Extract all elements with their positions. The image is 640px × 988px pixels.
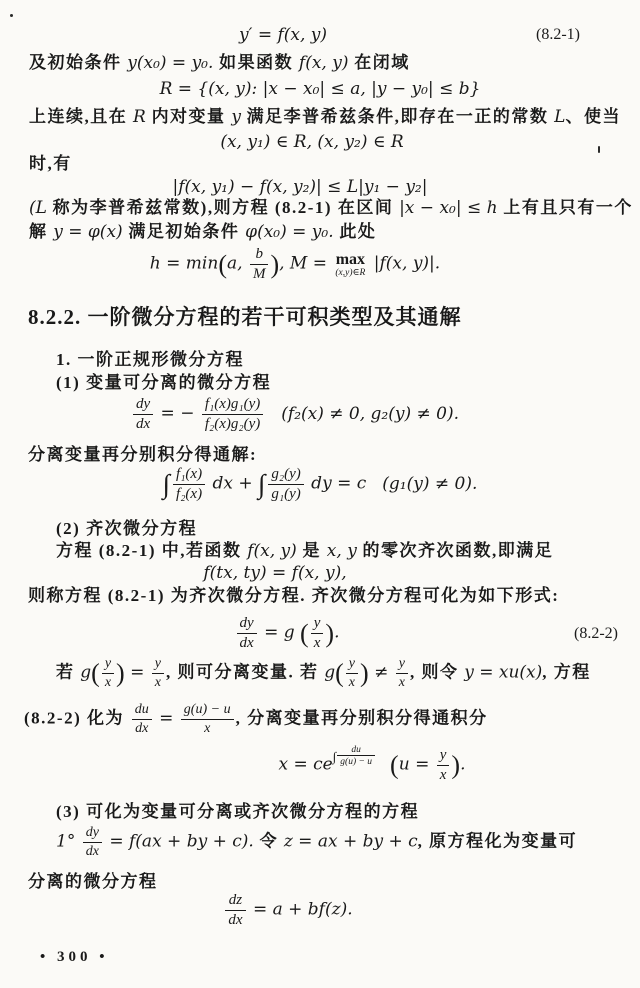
- para-lipschitz-constant: (L 称为李普希兹常数),则方程 (8.2-1) 在区间 |x − x₀| ≤ …: [29, 197, 633, 219]
- integral-sign: ∫: [163, 469, 170, 499]
- math-run: y = xu(x): [464, 663, 542, 683]
- para-homogeneous-definition: 则称方程 (8.2-1) 为齐次微分方程. 齐次微分方程可化为如下形式:: [28, 585, 559, 607]
- item-1-separable: (1) 变量可分离的微分方程: [56, 372, 271, 394]
- equation-homogeneity: f(tx, ty) = f(x, y),: [0, 562, 640, 584]
- fraction-numerator: dy: [83, 825, 102, 843]
- para-case-1-continued: 分离的微分方程: [28, 871, 158, 893]
- equation-8-2-1-tag: (8.2-1): [536, 24, 580, 46]
- text-run: 方程 (8.2-1) 中,若函数: [56, 541, 247, 560]
- section-heading-text: 8.2.2. 一阶微分方程的若干可积类型及其通解: [28, 305, 462, 329]
- math-run: , M =: [279, 254, 332, 274]
- equation-h-min-body: h = min(a, bM), M = max(x,y)∈R |f(x, y)|…: [150, 246, 440, 284]
- fraction-numerator: du: [337, 745, 375, 756]
- fraction-numerator: dz: [225, 892, 245, 911]
- right-paren: ): [116, 659, 125, 688]
- fraction-denominator: M: [250, 265, 269, 283]
- fraction-numerator: f₁(x): [173, 466, 205, 485]
- text-run: 解: [29, 222, 53, 241]
- text-run: 分离的微分方程: [28, 872, 158, 891]
- max-operator: max(x,y)∈R: [335, 252, 365, 279]
- section-heading: 8.2.2. 一阶微分方程的若干可积类型及其通解: [28, 306, 462, 328]
- fraction-dz-dx: dzdx: [225, 892, 245, 930]
- fraction-denominator: dx: [133, 415, 153, 433]
- math-run: = −: [155, 404, 200, 424]
- equation-region-R-body: R = {(x, y): |x − x₀| ≤ a, |y − y₀| ≤ b}: [160, 78, 481, 100]
- equation-8-2-1: y′ = f(x, y) (8.2-1): [0, 24, 640, 46]
- fraction-denominator: dx: [83, 843, 102, 860]
- fraction-numerator: y: [346, 656, 358, 674]
- fraction-denominator: dx: [237, 634, 257, 652]
- math-run: a,: [227, 254, 248, 274]
- right-paren: ): [360, 659, 369, 688]
- equation-points-in-R-body: (x, y₁) ∈ R, (x, y₂) ∈ R: [220, 131, 403, 153]
- exponent-integral: ∫dug(u) − u: [333, 745, 376, 768]
- text-run: , 原方程化为变量可: [418, 832, 578, 851]
- left-paren: (: [91, 659, 100, 688]
- left-paren: (: [300, 619, 309, 648]
- fraction-dy-dx: dydx: [83, 825, 102, 860]
- subsection-1-text: 1. 一阶正规形微分方程: [56, 350, 244, 369]
- fraction-y-x: yx: [346, 656, 358, 691]
- left-paren: (: [218, 250, 227, 279]
- text-run: 如果函数: [213, 53, 299, 72]
- text-run: 上连续,且在: [29, 107, 133, 126]
- text-run: 称为李普希兹常数),则方程 (8.2-1) 在区间: [47, 198, 399, 217]
- item-3-text: (3) 可化为变量可分离或齐次微分方程的方程: [56, 802, 419, 821]
- text-run: 时,有: [29, 154, 72, 173]
- math-run: dx +: [207, 474, 258, 494]
- fraction-du-gu: dug(u) − u: [337, 745, 375, 768]
- left-paren: (: [390, 750, 399, 779]
- para-initial-condition: 及初始条件 y(x₀) = y₀. 如果函数 f(x, y) 在闭域: [29, 52, 410, 74]
- equation-8-2-2: dydx = g (yx). (8.2-2): [0, 615, 640, 653]
- page-number-text: • 300 •: [40, 949, 109, 965]
- book-page: y′ = f(x, y) (8.2-1) 及初始条件 y(x₀) = y₀. 如…: [0, 0, 640, 988]
- fraction-g2-g1: g₂(y)g₁(y): [268, 466, 303, 504]
- fraction-fg: f₁(x)g₁(y)f₂(x)g₂(y): [202, 396, 263, 434]
- fraction-numerator: dy: [133, 396, 153, 415]
- right-paren: ): [451, 750, 460, 779]
- equation-integral-solution-body: ∫f₁(x)f₂(x) dx + ∫g₂(y)g₁(y) dy = c(g₁(y…: [163, 466, 478, 504]
- fraction-y-x: yx: [152, 656, 164, 691]
- fraction-y-x: yx: [437, 747, 450, 785]
- para-transformed-equation: (8.2-2) 化为 dudx = g(u) − ux, 分离变量再分别积分得通…: [24, 702, 488, 737]
- fraction-denominator: g(u) − u: [337, 756, 375, 767]
- scan-mark: [10, 14, 13, 17]
- fraction-denominator: f₂(x): [173, 485, 205, 503]
- math-run: .: [334, 623, 339, 643]
- math-run: (L: [29, 198, 47, 218]
- fraction-numerator: g₂(y): [268, 466, 303, 485]
- fraction-denominator: x: [102, 674, 114, 691]
- fraction-numerator: dy: [237, 615, 257, 634]
- math-condition: (f₂(x) ≠ 0, g₂(y) ≠ 0).: [281, 404, 459, 424]
- text-run: 若: [56, 663, 80, 682]
- text-run: , 方程: [542, 663, 591, 682]
- max-operator-label: max: [335, 252, 365, 268]
- fraction-numerator: y: [152, 656, 164, 674]
- fraction-numerator: y: [102, 656, 114, 674]
- fraction-denominator: dx: [132, 720, 152, 737]
- math-run: |f(x, y)|.: [368, 254, 440, 274]
- text-run: 是: [297, 541, 327, 560]
- equation-8-2-2-tag: (8.2-2): [574, 623, 618, 645]
- math-run: f(x, y): [299, 53, 349, 73]
- fraction-denominator: x: [396, 674, 408, 691]
- text-run: 在闭域: [348, 53, 409, 72]
- fraction-numerator: du: [132, 702, 152, 720]
- fraction-dy-dx: dydx: [237, 615, 257, 653]
- fraction-numerator: b: [250, 246, 269, 265]
- equation-homogeneity-body: f(tx, ty) = f(x, y),: [203, 562, 346, 584]
- equation-points-in-R: (x, y₁) ∈ R, (x, y₂) ∈ R: [0, 131, 640, 153]
- math-run: u =: [399, 754, 435, 774]
- math-run: h = min: [150, 254, 219, 274]
- math-run: y: [231, 107, 241, 127]
- fraction-y-x: yx: [396, 656, 408, 691]
- equation-8-2-2-body: dydx = g (yx).: [235, 615, 340, 653]
- math-run: 1°: [56, 832, 81, 852]
- page-number: • 300 •: [40, 946, 109, 968]
- para-homogeneous-intro: 方程 (8.2-1) 中,若函数 f(x, y) 是 x, y 的零次齐次函数,…: [56, 540, 553, 562]
- fraction-du-dx: dudx: [132, 702, 152, 737]
- math-run: f(x, y): [247, 541, 297, 561]
- math-run: = f(ax + by + c).: [104, 832, 254, 852]
- math-run: y(x₀) = y₀.: [127, 53, 213, 73]
- text-run: 分离变量再分别积分得通解:: [28, 445, 257, 464]
- equation-lipschitz: |f(x, y₁) − f(x, y₂)| ≤ L|y₁ − y₂|: [0, 176, 640, 198]
- equation-integral-solution: ∫f₁(x)f₂(x) dx + ∫g₂(y)g₁(y) dy = c(g₁(y…: [0, 466, 640, 504]
- fraction-b-over-M: bM: [250, 246, 269, 284]
- fraction-numerator: y: [437, 747, 450, 766]
- math-run: =: [125, 663, 150, 683]
- fraction-numerator: g(u) − u: [181, 702, 234, 720]
- text-run: 满足初始条件: [123, 222, 246, 241]
- text-run: 齐次微分方程可化为如下形式:: [306, 586, 559, 605]
- text-run: 满足李普希兹条件,即存在一正的常数: [241, 107, 554, 126]
- math-run: L: [554, 107, 565, 127]
- math-run: ≠: [369, 663, 394, 683]
- item-3-reducible: (3) 可化为变量可分离或齐次微分方程的方程: [56, 801, 419, 823]
- fraction-numerator: y: [311, 615, 324, 634]
- math-run: x = ce: [279, 754, 333, 774]
- equation-lipschitz-body: |f(x, y₁) − f(x, y₂)| ≤ L|y₁ − y₂|: [173, 176, 428, 198]
- text-run-bold: 则称方程 (8.2-1) 为齐次微分方程.: [28, 586, 306, 605]
- para-lipschitz-intro: 上连续,且在 R 内对变量 y 满足李普希兹条件,即存在一正的常数 L、使当: [29, 106, 621, 128]
- math-run: y = φ(x): [53, 222, 122, 242]
- text-run: , 则令: [410, 663, 464, 682]
- fraction-denominator: x: [311, 634, 324, 652]
- text-run: 令: [254, 832, 284, 851]
- text-run: 及初始条件: [29, 53, 127, 72]
- text-run: , 分离变量再分别积分得通积分: [236, 709, 488, 728]
- equation-8-2-1-body: y′ = f(x, y): [239, 24, 327, 46]
- para-case-1: 1° dydx = f(ax + by + c). 令 z = ax + by …: [56, 825, 577, 860]
- equation-exponential-solution: x = ce∫dug(u) − u(u = yx).: [0, 745, 640, 784]
- math-run: = a + bf(z).: [248, 900, 353, 920]
- item-2-text: (2) 齐次微分方程: [56, 519, 197, 538]
- fraction-numerator: f₁(x)g₁(y): [202, 396, 263, 415]
- fraction-denominator: x: [437, 766, 450, 784]
- fraction-f1-f2: f₁(x)f₂(x): [173, 466, 205, 504]
- fraction-denominator: x: [346, 674, 358, 691]
- equation-dz-dx: dzdx = a + bf(z).: [0, 892, 640, 930]
- math-run: z = ax + by + c: [284, 832, 418, 852]
- text-run: 上有且只有一个: [498, 198, 633, 217]
- fraction-dy-dx: dydx: [133, 396, 153, 434]
- item-2-homogeneous: (2) 齐次微分方程: [56, 518, 197, 540]
- para-then-we-have: 时,有: [29, 153, 72, 175]
- equation-exponential-solution-body: x = ce∫dug(u) − u(u = yx).: [279, 745, 466, 784]
- item-1-text: (1) 变量可分离的微分方程: [56, 373, 271, 392]
- fraction-denominator: f₂(x)g₂(y): [202, 415, 263, 433]
- math-run: .: [460, 754, 465, 774]
- fraction-y-x: yx: [311, 615, 324, 653]
- fraction-denominator: x: [152, 674, 164, 691]
- fraction-numerator: y: [396, 656, 408, 674]
- math-run: φ(x₀) = y₀.: [245, 222, 333, 242]
- right-paren: ): [325, 619, 334, 648]
- para-separate-integrate: 分离变量再分别积分得通解:: [28, 444, 257, 466]
- text-run: 此处: [334, 222, 377, 241]
- math-run: = g: [259, 623, 300, 643]
- subsection-1: 1. 一阶正规形微分方程: [56, 349, 244, 371]
- integral-sign: ∫: [333, 749, 337, 764]
- text-run: , 则可分离变量. 若: [166, 663, 324, 682]
- left-paren: (: [335, 659, 344, 688]
- fraction-denominator: g₁(y): [268, 485, 303, 503]
- math-run: |x − x₀| ≤ h: [399, 198, 498, 218]
- math-run: g: [324, 663, 335, 683]
- math-run: R: [133, 107, 146, 127]
- integral-sign: ∫: [258, 469, 265, 499]
- math-run: dy = c: [306, 474, 366, 494]
- max-operator-subscript: (x,y)∈R: [335, 269, 365, 279]
- fraction-denominator: dx: [225, 911, 245, 929]
- fraction-denominator: x: [181, 720, 234, 737]
- text-run: 、使当: [565, 107, 621, 126]
- text-run: 的零次齐次函数,即满足: [357, 541, 554, 560]
- equation-dz-dx-body: dzdx = a + bf(z).: [223, 892, 352, 930]
- equation-separable: dydx = − f₁(x)g₁(y)f₂(x)g₂(y)(f₂(x) ≠ 0,…: [0, 396, 640, 434]
- fraction-gu-x: g(u) − ux: [181, 702, 234, 737]
- equation-region-R: R = {(x, y): |x − x₀| ≤ a, |y − y₀| ≤ b}: [0, 78, 640, 100]
- math-run: =: [154, 709, 179, 729]
- equation-separable-body: dydx = − f₁(x)g₁(y)f₂(x)g₂(y)(f₂(x) ≠ 0,…: [131, 396, 459, 434]
- fraction-y-x: yx: [102, 656, 114, 691]
- math-run: g: [80, 663, 91, 683]
- math-condition: (g₁(y) ≠ 0).: [382, 474, 477, 494]
- text-run: (8.2-2) 化为: [24, 709, 130, 728]
- math-run: x, y: [327, 541, 357, 561]
- equation-h-min: h = min(a, bM), M = max(x,y)∈R |f(x, y)|…: [0, 246, 640, 284]
- para-g-cases: 若 g(yx) = yx, 则可分离变量. 若 g(yx) ≠ yx, 则令 y…: [56, 656, 591, 691]
- text-run: 内对变量: [146, 107, 232, 126]
- para-unique-solution: 解 y = φ(x) 满足初始条件 φ(x₀) = y₀. 此处: [29, 221, 376, 243]
- right-paren: ): [270, 250, 279, 279]
